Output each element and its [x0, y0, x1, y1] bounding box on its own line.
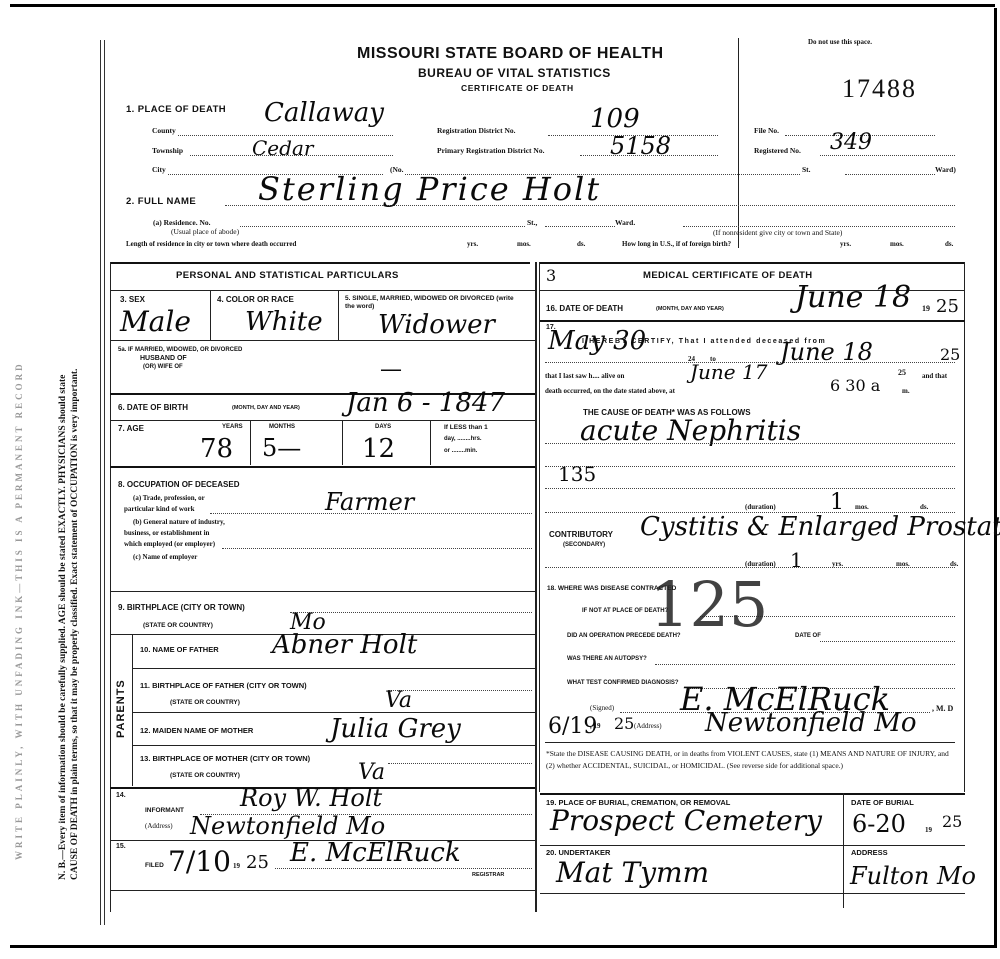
form-name: CERTIFICATE OF DEATH [461, 83, 574, 93]
father-label: 10. NAME OF FATHER [140, 645, 219, 654]
bottom-border [10, 945, 995, 948]
signed-year-value: 25 [614, 714, 634, 733]
birthplace-label: 9. BIRTHPLACE (CITY OR TOWN) [118, 603, 245, 612]
parents-label: PARENTS [115, 679, 127, 738]
marital-label: 5. SINGLE, MARRIED, WIDOWED OR DIVORCED … [345, 295, 525, 311]
dod-year-value: 25 [936, 296, 959, 317]
filed-year-value: 25 [246, 852, 269, 873]
attended-to-year: 25 [940, 345, 960, 364]
time-value: 6 30 a [830, 376, 880, 395]
sex-label: 3. SEX [120, 295, 145, 304]
race-label: 4. COLOR OR RACE [217, 295, 294, 304]
undertaker-value: Mat Tymm [556, 856, 709, 889]
length-residence-label: Length of residence in city or town wher… [126, 240, 296, 248]
age-years-value: 78 [200, 434, 233, 464]
form-title: MISSOURI STATE BOARD OF HEALTH [357, 45, 664, 63]
center-divider [535, 262, 537, 912]
race-value: White [245, 307, 323, 337]
spouse-label-1: 5a. IF MARRIED, WIDOWED, OR DIVORCED [118, 347, 242, 353]
left-double-rule [100, 40, 105, 925]
mother-birthplace-state-value: Va [358, 760, 385, 785]
attended-from-value: May 30 [548, 326, 646, 356]
primary-district-value: 5158 [610, 132, 671, 160]
form-subtitle: BUREAU OF VITAL STATISTICS [418, 66, 611, 80]
mother-label: 12. MAIDEN NAME OF MOTHER [140, 726, 253, 735]
city-st-label: St. [802, 165, 811, 174]
medical-section-title: MEDICAL CERTIFICATE OF DEATH [643, 270, 813, 281]
burial-date-value: 6-20 [852, 810, 906, 838]
last-saw-value: June 17 [690, 360, 767, 384]
township-value: Cedar [252, 136, 313, 160]
contributory-duration-value: 1 [790, 548, 803, 572]
informant-address-value: Newtonfield Mo [190, 812, 385, 840]
marital-value: Widower [378, 310, 495, 340]
contributory-label: CONTRIBUTORY [549, 530, 613, 539]
last-saw-text: that I last saw h.... alive on [545, 372, 624, 380]
registration-district-label: Registration District No. [437, 126, 516, 135]
right-border [994, 8, 997, 948]
dod-value: June 18 [795, 280, 911, 315]
father-birthplace-label: 11. BIRTHPLACE OF FATHER (CITY OR TOWN) [140, 681, 307, 690]
margin-mark: 135 [558, 462, 596, 486]
file-no-label: File No. [754, 126, 779, 135]
registration-district-value: 109 [590, 104, 640, 134]
sex-value: Male [120, 305, 191, 338]
filed-date-value: 7/10 [168, 845, 231, 878]
city-ward-label: Ward) [935, 165, 956, 174]
usual-abode-note: (Usual place of abode) [171, 227, 239, 236]
informant-label: INFORMANT [145, 807, 184, 814]
informant-address-label: (Address) [145, 822, 173, 830]
residence-label: (a) Residence. No. [153, 218, 211, 227]
physician-address-value: Newtonfield Mo [705, 708, 916, 738]
residence-ward-label: Ward. [615, 218, 635, 227]
undertaker-address-label: ADDRESS [851, 848, 888, 857]
signed-label: (Signed) [590, 704, 614, 712]
header-divider [738, 38, 739, 248]
registrar-label: REGISTRAR [472, 872, 504, 878]
nonresident-note: (If nonresident give city or town and St… [713, 228, 842, 237]
undertaker-address-value: Fulton Mo [850, 862, 976, 890]
occupation-trade-value: Farmer [325, 488, 414, 516]
cause-footnote: *State the DISEASE CAUSING DEATH, or in … [546, 748, 958, 772]
father-value: Abner Holt [272, 630, 417, 660]
place-of-death-label: 1. PLACE OF DEATH [126, 104, 226, 115]
residence-st-label: St., [527, 218, 537, 227]
attended-to-value: June 18 [780, 338, 873, 366]
spouse-value: — [380, 357, 402, 382]
full-name-label: 2. FULL NAME [126, 196, 196, 207]
county-value: Callaway [264, 98, 384, 128]
full-name-value: Sterling Price Holt [258, 170, 601, 208]
side-note-line1: N. B.—Every item of information should b… [58, 375, 68, 880]
contributory-value: Cystitis & Enlarged Prostate [640, 512, 1000, 542]
side-note-line2: CAUSE OF DEATH in plain terms, so that i… [70, 369, 80, 880]
operation-label: DID AN OPERATION PRECEDE DEATH? [567, 633, 681, 639]
burial-date-label: DATE OF BURIAL [851, 798, 914, 807]
dob-value: Jan 6 - 1847 [346, 388, 505, 418]
father-birthplace-state-value: Va [385, 688, 412, 713]
overlay-mark: 125 [650, 568, 768, 641]
autopsy-label: WAS THERE AN AUTOPSY? [567, 656, 647, 662]
mother-birthplace-label: 13. BIRTHPLACE OF MOTHER (CITY OR TOWN) [140, 754, 310, 763]
certificate-number: 17488 [842, 74, 917, 104]
filed-label: FILED [145, 862, 164, 869]
side-note-faint: WRITE PLAINLY, WITH UNFADING INK—THIS IS… [14, 361, 24, 860]
top-border [10, 4, 995, 7]
informant-value: Roy W. Holt [240, 784, 382, 812]
registered-no-label: Registered No. [754, 146, 801, 155]
us-residence-label: How long in U.S., if of foreign birth? [622, 240, 731, 248]
mother-value: Julia Grey [330, 714, 461, 744]
city-label: City [152, 165, 166, 174]
township-label: Township [152, 146, 183, 155]
age-months-value: 5— [262, 434, 301, 462]
test-label: WHAT TEST CONFIRMED DIAGNOSIS? [567, 680, 679, 686]
burial-place-value: Prospect Cemetery [550, 804, 822, 837]
dob-label: 6. DATE OF BIRTH [118, 403, 188, 412]
office-note: Do not use this space. [808, 38, 872, 46]
occurred-text: death occurred, on the date stated above… [545, 387, 675, 395]
dod-label: 16. DATE OF DEATH [546, 304, 623, 313]
age-days-value: 12 [362, 434, 395, 464]
primary-district-label: Primary Registration District No. [437, 146, 544, 155]
personal-section-title: PERSONAL AND STATISTICAL PARTICULARS [176, 270, 399, 281]
burial-year-value: 25 [942, 812, 962, 831]
occupation-label: 8. OCCUPATION OF DECEASED [118, 480, 240, 489]
registrar-signature: E. McElRuck [290, 838, 461, 868]
age-label: 7. AGE [118, 424, 144, 433]
registered-no-value: 349 [830, 130, 872, 155]
corner-mark: 3 [546, 266, 556, 285]
county-label: County [152, 126, 176, 135]
